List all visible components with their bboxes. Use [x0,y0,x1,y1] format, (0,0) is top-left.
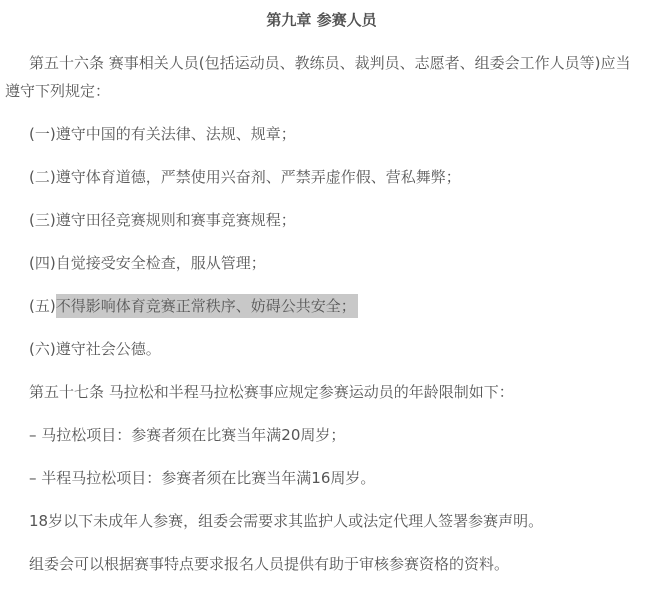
article56-intro: 第五十六条 赛事相关人员(包括运动员、教练员、裁判员、志愿者、组委会工作人员等)… [5,49,638,105]
minor-participation-note: 18岁以下未成年人参赛，组委会需要求其监护人或法定代理人签署参赛声明。 [5,507,638,535]
article56-item-5-prefix: (五) [29,297,56,315]
article56-item-5: (五)不得影响体育竞赛正常秩序、妨碍公共安全； [5,292,638,320]
chapter-title: 第九章 参赛人员 [5,6,638,34]
article56-item-2: (二)遵守体育道德，严禁使用兴奋剂、严禁弄虚作假、营私舞弊； [5,163,638,191]
article56-item-4-text: (四)自觉接受安全检查，服从管理； [29,254,266,272]
article56-item-6: (六)遵守社会公德。 [5,335,638,363]
article56-item-4: (四)自觉接受安全检查，服从管理； [5,249,638,277]
article57-intro: 第五十七条 马拉松和半程马拉松赛事应规定参赛运动员的年龄限制如下： [5,378,638,406]
article56-item-1: (一)遵守中国的有关法律、法规、规章； [5,120,638,148]
article56-item-3: (三)遵守田径竞赛规则和赛事竞赛规程； [5,206,638,234]
selected-text-highlight: 不得影响体育竞赛正常秩序、妨碍公共安全； [56,294,358,318]
document-page: 第九章 参赛人员 第五十六条 赛事相关人员(包括运动员、教练员、裁判员、志愿者、… [0,0,648,599]
qualification-review-note: 组委会可以根据赛事特点要求报名人员提供有助于审核参赛资格的资料。 [5,550,638,578]
age-limit-marathon: – 马拉松项目：参赛者须在比赛当年满20周岁； [5,421,638,449]
age-limit-half-marathon: – 半程马拉松项目：参赛者须在比赛当年满16周岁。 [5,464,638,492]
